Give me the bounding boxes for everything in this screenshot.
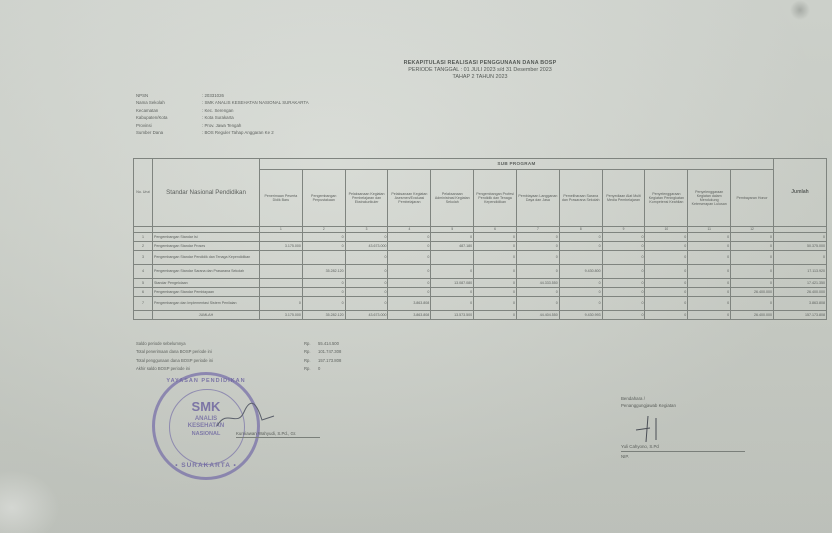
row-value: 0: [688, 279, 731, 288]
row-value: 0: [645, 233, 688, 242]
row-total: 0: [774, 233, 827, 242]
info-row: Nama Sekolah: SMK ANALIS KESEHATAN NASIO…: [136, 99, 309, 106]
row-value: 13.087.080: [431, 279, 474, 288]
row-value: 3.863.808: [388, 297, 431, 311]
total-value: 0: [645, 311, 688, 320]
row-value: 0: [345, 251, 388, 265]
info-row: Kecamatan: Kec. Serengan: [136, 107, 309, 114]
info-row: NPSN: 20331026: [136, 92, 309, 99]
row-standard: Pengembangan Standar Pembiayaan: [153, 288, 260, 297]
header-no: No. Urut: [134, 159, 153, 227]
row-value: 0: [260, 297, 303, 311]
light-glare: [0, 470, 60, 533]
row-value: 0: [602, 251, 645, 265]
row-value: 0: [302, 242, 345, 251]
row-number: 7: [134, 297, 153, 311]
row-value: 0: [474, 297, 517, 311]
row-value: 0: [688, 265, 731, 279]
row-value: 487.180: [431, 242, 474, 251]
header-sub-program-item: Pengembangan Perpustakaan: [302, 170, 345, 227]
info-value: : SMK ANALIS KESEHATAN NASIONAL SURAKART…: [202, 99, 309, 106]
row-value: 0: [345, 265, 388, 279]
summary-currency: Rp.: [304, 348, 318, 356]
row-value: 0: [431, 297, 474, 311]
row-total: 17.113.920: [774, 265, 827, 279]
row-value: 0: [516, 233, 559, 242]
row-value: 0: [388, 288, 431, 297]
row-value: 0: [302, 297, 345, 311]
row-value: 0: [731, 265, 774, 279]
row-standard: Standar Pengelolaan: [153, 279, 260, 288]
header-sub-program-item: Pembayaran Honor: [731, 170, 774, 227]
row-value: [260, 251, 303, 265]
row-value: 0: [345, 279, 388, 288]
row-value: 0: [388, 242, 431, 251]
info-row: Sumber Dana: BOS Reguler Tahap Anggaran …: [136, 129, 309, 136]
info-row: Kabupaten/Kota: Kota Surakarta: [136, 114, 309, 121]
row-value: 0: [345, 288, 388, 297]
row-value: 0: [431, 265, 474, 279]
table-row: 1Pengembangan Standar Isi000000000000: [134, 233, 827, 242]
row-value: 0: [645, 279, 688, 288]
right-signature-block: Bendahara / Penanggungjawab Kegiatan Yul…: [621, 396, 676, 409]
row-number: 6: [134, 288, 153, 297]
row-value: 0: [731, 251, 774, 265]
header-standard: Standar Nasional Pendidikan: [153, 159, 260, 227]
row-value: 0: [559, 279, 602, 288]
info-value: : Prov. Jawa Tengah: [202, 122, 241, 129]
right-signature-scribble: [632, 412, 672, 446]
info-label: NPSN: [136, 92, 202, 99]
row-value: 0: [645, 288, 688, 297]
total-value: 13.573.500: [431, 311, 474, 320]
row-value: 0: [645, 265, 688, 279]
row-standard: Pengembangan Standar Pendidik dan Tenaga…: [153, 251, 260, 265]
table-row: 5Standar Pengelolaan00013.087.080044.333…: [134, 279, 827, 288]
row-total: 0: [774, 251, 827, 265]
info-value: : 20331026: [202, 92, 224, 99]
row-value: 0: [731, 242, 774, 251]
info-label: Kecamatan: [136, 107, 202, 114]
row-number: 4: [134, 265, 153, 279]
summary-label: Total penerimaan dana BOSP periode ini: [136, 348, 304, 356]
row-value: 0: [602, 242, 645, 251]
row-value: 0: [731, 297, 774, 311]
row-number: 1: [134, 233, 153, 242]
row-value: 0: [474, 242, 517, 251]
header-sub-program-item: Pemeliharaan Sarana dan Prasarana Sekola…: [559, 170, 602, 227]
row-value: 9.430.800: [559, 265, 602, 279]
row-value: 0: [474, 233, 517, 242]
row-value: 3.175.000: [260, 242, 303, 251]
row-value: [260, 288, 303, 297]
right-signer-role1: Bendahara /: [621, 396, 676, 403]
info-value: : BOS Reguler Tahap Anggaran Ke 2: [202, 129, 274, 136]
row-value: [260, 279, 303, 288]
summary-currency: Rp.: [304, 365, 318, 373]
row-value: 0: [688, 288, 731, 297]
summary-currency: Rp.: [304, 340, 318, 348]
row-value: 0: [474, 265, 517, 279]
total-value: 3.175.000: [260, 311, 303, 320]
row-value: 0: [388, 251, 431, 265]
row-value: 0: [516, 288, 559, 297]
row-value: 0: [345, 297, 388, 311]
table-row: 7Pengembangan dan Implementasi Sistem Pe…: [134, 297, 827, 311]
table-row: 2Pengembangan Standar Proses3.175.000043…: [134, 242, 827, 251]
row-total: 26.400.000: [774, 288, 827, 297]
row-value: 0: [645, 297, 688, 311]
total-value: 44.404.550: [516, 311, 559, 320]
row-value: 35.282.120: [302, 265, 345, 279]
info-row: Provinsi: Prov. Jawa Tengah: [136, 122, 309, 129]
row-value: 44.333.550: [516, 279, 559, 288]
summary-label: Total penggunaan dana BOSP periode ini: [136, 357, 304, 365]
row-value: 0: [431, 288, 474, 297]
stamp-bottom-text: • SURAKARTA •: [155, 462, 257, 469]
total-value: 26.400.000: [731, 311, 774, 320]
row-value: 0: [516, 297, 559, 311]
summary-value: 157.173.808: [318, 357, 341, 365]
summary-currency: Rp.: [304, 357, 318, 365]
info-label: Sumber Dana: [136, 129, 202, 136]
row-value: 0: [645, 251, 688, 265]
info-value: : Kota Surakarta: [202, 114, 234, 121]
total-value: 35.282.120: [302, 311, 345, 320]
stamp-ring-text: YAYASAN PENDIDIKAN: [155, 378, 257, 384]
header-total: Jumlah: [774, 159, 827, 227]
table-row: 4Pengembangan Standar Sarana dan Prasara…: [134, 265, 827, 279]
header-sub-program-item: Penerimaan Peserta Didik Baru: [260, 170, 303, 227]
row-value: 0: [688, 251, 731, 265]
row-value: [260, 265, 303, 279]
document-stage: TAHAP 2 TAHUN 2023: [340, 74, 620, 81]
row-standard: Pengembangan Standar Sarana dan Prasaran…: [153, 265, 260, 279]
header-sub-program-item: Pelaksanaan Kegiatan Asesmen/Evaluasi Pe…: [388, 170, 431, 227]
total-value: 0: [688, 311, 731, 320]
right-signer-nip: NIP.: [621, 454, 629, 461]
row-number: 2: [134, 242, 153, 251]
row-value: 0: [731, 233, 774, 242]
table-row: 3Pengembangan Standar Pendidik dan Tenag…: [134, 251, 827, 265]
header-sub-program-item: Penyelenggaraan Kegiatan Peningkatan Kom…: [645, 170, 688, 227]
row-value: 0: [302, 233, 345, 242]
row-standard: Pengembangan Standar Isi: [153, 233, 260, 242]
right-signer-role2: Penanggungjawab Kegiatan: [621, 403, 676, 410]
total-value: 9.430.993: [559, 311, 602, 320]
header-sub-program-item: Pelaksanaan Kegiatan Pembelajaran dan Ek…: [345, 170, 388, 227]
row-value: 0: [388, 279, 431, 288]
row-value: 0: [602, 279, 645, 288]
document-title: REKAPITULASI REALISASI PENGGUNAAN DANA B…: [340, 60, 620, 67]
row-value: 0: [345, 233, 388, 242]
row-value: 0: [559, 233, 602, 242]
header-sub-program: SUB PROGRAM: [260, 159, 774, 170]
header-sub-program-item: Pelaksanaan Administrasi Kegiatan Sekola…: [431, 170, 474, 227]
summary-label: Saldo periode sebelumnya: [136, 340, 304, 348]
row-value: 0: [731, 279, 774, 288]
header-sub-program-item: Pengembangan Profesi Pendidik dan Tenaga…: [474, 170, 517, 227]
row-value: 0: [431, 233, 474, 242]
total-value: 0: [474, 311, 517, 320]
row-value: 0: [302, 279, 345, 288]
row-value: 0: [688, 297, 731, 311]
row-value: 0: [559, 297, 602, 311]
summary-value: 101.747.308: [318, 348, 341, 356]
left-signature-line: [236, 437, 320, 438]
info-label: Kabupaten/Kota: [136, 114, 202, 121]
summary-row: Akhir saldo BOSP periode iniRp.0: [136, 365, 341, 373]
fund-summary: Saldo periode sebelumnyaRp.55.414.500Tot…: [136, 340, 341, 373]
grand-total: 157.173.808: [774, 311, 827, 320]
cell: [134, 311, 153, 320]
summary-value: 0: [318, 365, 320, 373]
document-period: PERIODE TANGGAL : 01 JULI 2023 s/d 31 De…: [340, 67, 620, 74]
summary-row: Total penggunaan dana BOSP periode iniRp…: [136, 357, 341, 365]
row-value: 0: [602, 265, 645, 279]
info-value: : Kec. Serengan: [202, 107, 234, 114]
row-value: 0: [388, 265, 431, 279]
row-value: 0: [602, 297, 645, 311]
left-signer-name: Kurniawan Wahyudi, S.Pd., Gr.: [236, 431, 296, 436]
total-row: JUMLAH3.175.00035.282.12043.673.0003.863…: [134, 311, 827, 320]
total-label: JUMLAH: [153, 311, 260, 320]
row-value: 0: [559, 288, 602, 297]
row-value: [431, 251, 474, 265]
summary-value: 55.414.500: [318, 340, 339, 348]
header-sub-program-item: Pembiayaan Langganan Daya dan Jasa: [516, 170, 559, 227]
info-label: Provinsi: [136, 122, 202, 129]
header-sub-program-item: Penyediaan Alat Multi Media Pembelajaran: [602, 170, 645, 227]
row-number: 3: [134, 251, 153, 265]
document-title-block: REKAPITULASI REALISASI PENGGUNAAN DANA B…: [340, 60, 620, 81]
table-row: 6Pengembangan Standar Pembiayaan00000000…: [134, 288, 827, 297]
row-value: 0: [688, 233, 731, 242]
row-value: 0: [302, 288, 345, 297]
row-number: 5: [134, 279, 153, 288]
row-value: [559, 251, 602, 265]
info-label: Nama Sekolah: [136, 99, 202, 106]
row-total: 50.375.000: [774, 242, 827, 251]
row-value: 43.673.000: [345, 242, 388, 251]
row-value: 0: [602, 233, 645, 242]
header-sub-program-item: Penyelenggaraan Kegiatan dalam Mendukung…: [688, 170, 731, 227]
row-value: 0: [688, 242, 731, 251]
summary-row: Saldo periode sebelumnyaRp.55.414.500: [136, 340, 341, 348]
row-value: 0: [474, 251, 517, 265]
row-value: 26.400.000: [731, 288, 774, 297]
summary-label: Akhir saldo BOSP periode ini: [136, 365, 304, 373]
row-value: [302, 251, 345, 265]
row-value: 0: [516, 265, 559, 279]
row-value: 0: [516, 251, 559, 265]
row-value: 0: [474, 288, 517, 297]
row-value: 0: [516, 242, 559, 251]
row-total: 3.863.808: [774, 297, 827, 311]
total-value: 3.863.808: [388, 311, 431, 320]
row-value: 0: [474, 279, 517, 288]
row-value: 0: [388, 233, 431, 242]
total-value: 43.673.000: [345, 311, 388, 320]
summary-row: Total penerimaan dana BOSP periode iniRp…: [136, 348, 341, 356]
school-info: NPSN: 20331026Nama Sekolah: SMK ANALIS K…: [136, 92, 309, 136]
row-value: 0: [559, 242, 602, 251]
row-total: 17.421.350: [774, 279, 827, 288]
row-value: [260, 233, 303, 242]
row-value: 0: [645, 242, 688, 251]
total-value: 0: [602, 311, 645, 320]
row-value: 0: [602, 288, 645, 297]
row-standard: Pengembangan Standar Proses: [153, 242, 260, 251]
right-signature-line: [621, 451, 745, 452]
smudge-mark: [790, 0, 810, 20]
recap-table: No. Urut Standar Nasional Pendidikan SUB…: [133, 158, 827, 320]
row-standard: Pengembangan dan Implementasi Sistem Pen…: [153, 297, 260, 311]
